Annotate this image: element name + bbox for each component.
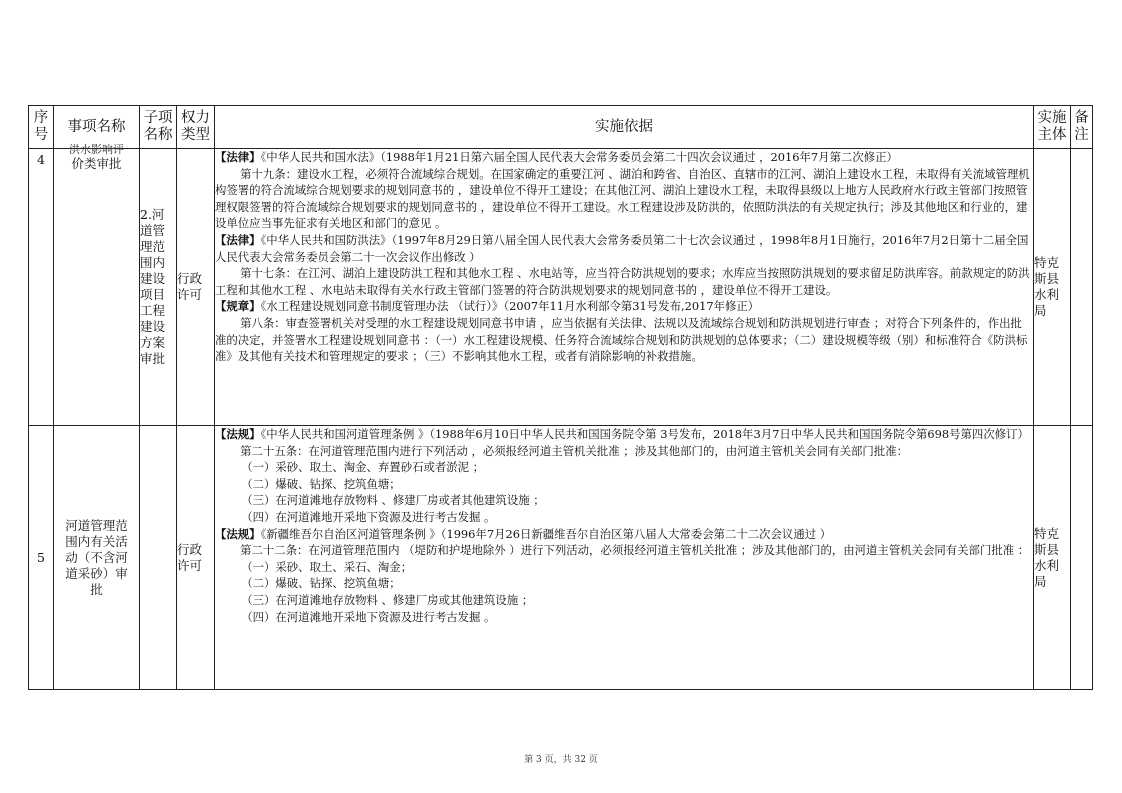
header-sub-item: 子项名称 bbox=[140, 106, 177, 149]
row-remarks bbox=[1071, 426, 1093, 690]
legal-source-citation: 【法律】《中华人民共和国水法》（1988年1月21日第六届全国人民代表大会常务委… bbox=[215, 149, 1033, 166]
legal-source-citation: 【法规】《中华人民共和国河道管理条例 》（1988年6月10日中华人民共和国国务… bbox=[215, 426, 1033, 443]
clause-list-item: （四）在河道滩地开采地下资源及进行考古发掘 。 bbox=[215, 609, 1033, 626]
legal-source-citation: 【法规】《新疆维吾尔自治区河道管理条例 》（1996年7月26日新疆维吾尔自治区… bbox=[215, 526, 1033, 543]
header-power-type: 权力类型 bbox=[177, 106, 215, 149]
document-page: 序号 事项名称 子项名称 权力类型 实施依据 实施主体 备注 4 洪水影响评 价… bbox=[0, 0, 1122, 793]
header-basis: 实施依据 bbox=[215, 106, 1034, 149]
row-remarks bbox=[1071, 149, 1093, 426]
row-sub-item bbox=[140, 426, 177, 690]
clause-list-item: （二）爆破、钻探、挖筑鱼塘； bbox=[215, 575, 1033, 592]
header-implementer: 实施主体 bbox=[1034, 106, 1071, 149]
page-footer: 第 3 页，共 32 页 bbox=[0, 752, 1122, 765]
basis-paragraphs: 【法规】《中华人民共和国河道管理条例 》（1988年6月10日中华人民共和国国务… bbox=[215, 426, 1033, 625]
clause-list-item: （四）在河道滩地开采地下资源及进行考古发掘 。 bbox=[215, 509, 1033, 526]
clause-list-item: （二）爆破、钻探、挖筑鱼塘； bbox=[215, 476, 1033, 493]
clause-text: 第二十二条：在河道管理范围内 （堤防和护堤地除外 ）进行下列活动，必须报经河道主… bbox=[215, 542, 1033, 559]
header-remarks: 备注 bbox=[1071, 106, 1093, 149]
clause-text: 第十七条：在江河、湖泊上建设防洪工程和其他水工程 、水电站等，应当符合防洪规划的… bbox=[215, 265, 1033, 298]
power-list-table: 序号 事项名称 子项名称 权力类型 实施依据 实施主体 备注 4 洪水影响评 价… bbox=[28, 105, 1093, 690]
row-power-type: 行政许可 bbox=[177, 426, 215, 690]
row-sub-item: 2.河道管理范围内建设项目工程建设方案审批 bbox=[140, 149, 177, 426]
clause-list-item: （三）在河道滩地存放物料 、修建厂房或者其他建筑设施 ； bbox=[215, 492, 1033, 509]
item-name-continued: 洪水影响评 bbox=[54, 143, 139, 156]
clause-list-item: （一）采砂、取土、采石、淘金； bbox=[215, 559, 1033, 576]
clause-text: 第二十五条：在河道管理范围内进行下列活动 ，必须报经河道主管机关批准 ；涉及其他… bbox=[215, 443, 1033, 460]
clause-list-item: （一）采砂、取土、淘金、弃置砂石或者淤泥 ； bbox=[215, 459, 1033, 476]
table-header-row: 序号 事项名称 子项名称 权力类型 实施依据 实施主体 备注 bbox=[29, 106, 1093, 149]
row-implementer: 特克斯县水利局 bbox=[1034, 149, 1071, 426]
table-row: 4 洪水影响评 价类审批 2.河道管理范围内建设项目工程建设方案审批 行政许可 … bbox=[29, 149, 1093, 426]
legal-source-citation: 【规章】《水工程建设规划同意书制度管理办法 （试行）》（2007年11月水利部令… bbox=[215, 298, 1033, 315]
row-item-name: 河道管理范围内有关活动（不含河道采砂）审批 bbox=[54, 426, 140, 690]
row-seq: 4 bbox=[29, 149, 54, 426]
row-item-name: 洪水影响评 价类审批 bbox=[54, 149, 140, 426]
header-seq: 序号 bbox=[29, 106, 54, 149]
row-basis: 【法律】《中华人民共和国水法》（1988年1月21日第六届全国人民代表大会常务委… bbox=[215, 149, 1034, 426]
item-name-text: 价类审批 bbox=[54, 156, 139, 172]
row-basis: 【法规】《中华人民共和国河道管理条例 》（1988年6月10日中华人民共和国国务… bbox=[215, 426, 1034, 690]
row-seq: 5 bbox=[29, 426, 54, 690]
table-row: 5 河道管理范围内有关活动（不含河道采砂）审批 行政许可 【法规】《中华人民共和… bbox=[29, 426, 1093, 690]
legal-source-citation: 【法律】《中华人民共和国防洪法》（1997年8月29日第八届全国人民代表大会常务… bbox=[215, 232, 1033, 265]
row-implementer: 特克斯县水利局 bbox=[1034, 426, 1071, 690]
clause-text: 第八条：审查签署机关对受理的水工程建设规划同意书申请 ，应当依据有关法律、法规以… bbox=[215, 315, 1033, 365]
basis-paragraphs: 【法律】《中华人民共和国水法》（1988年1月21日第六届全国人民代表大会常务委… bbox=[215, 149, 1033, 365]
clause-text: 第十九条：建设水工程，必须符合流域综合规划。在国家确定的重要江河 、湖泊和跨省、… bbox=[215, 166, 1033, 232]
row-power-type: 行政许可 bbox=[177, 149, 215, 426]
clause-list-item: （三）在河道滩地存放物料 、修建厂房或其他建筑设施 ； bbox=[215, 592, 1033, 609]
